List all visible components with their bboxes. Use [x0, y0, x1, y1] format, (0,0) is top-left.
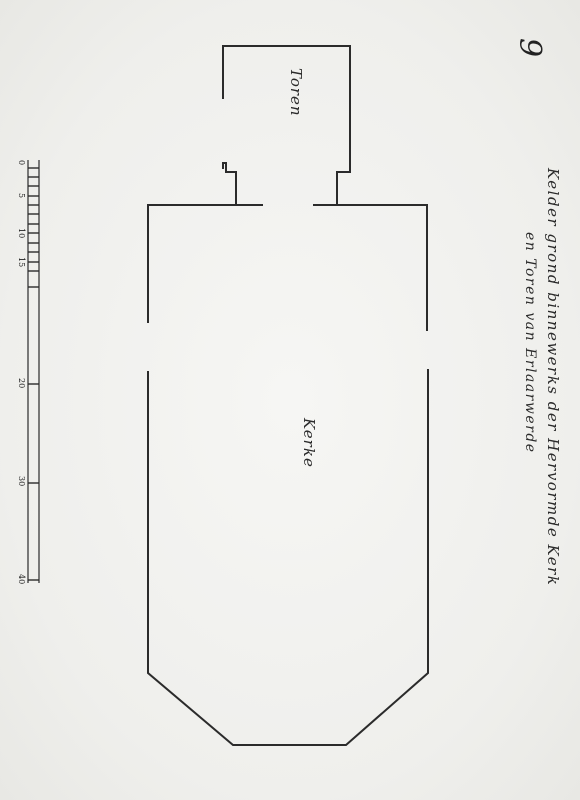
scanned-sheet: 9 Kelder grond binnewerks der Hervormde … [0, 0, 580, 800]
tower-label: Toren [287, 68, 305, 117]
scale-tick-label: 10 [17, 228, 26, 238]
scale-bar [28, 160, 39, 583]
church-label: Kerke [300, 418, 318, 468]
plan-title-line-1: Kelder grond binnewerks der Hervormde Ke… [544, 168, 562, 586]
plan-title-line-2: en Toren van Erlaarwerde [522, 232, 538, 454]
scale-tick-label: 30 [17, 476, 26, 486]
scale-tick-label: 40 [17, 574, 26, 584]
church-wall-upper [148, 205, 427, 330]
scale-tick-label: 15 [17, 257, 26, 267]
floor-plan-drawing [0, 0, 580, 800]
church-wall-lower [148, 370, 428, 745]
scale-tick-label: 20 [17, 378, 26, 388]
scale-tick-label: 5 [17, 193, 26, 198]
scale-tick-label: 0 [17, 160, 26, 165]
sheet-number: 9 [512, 38, 547, 57]
